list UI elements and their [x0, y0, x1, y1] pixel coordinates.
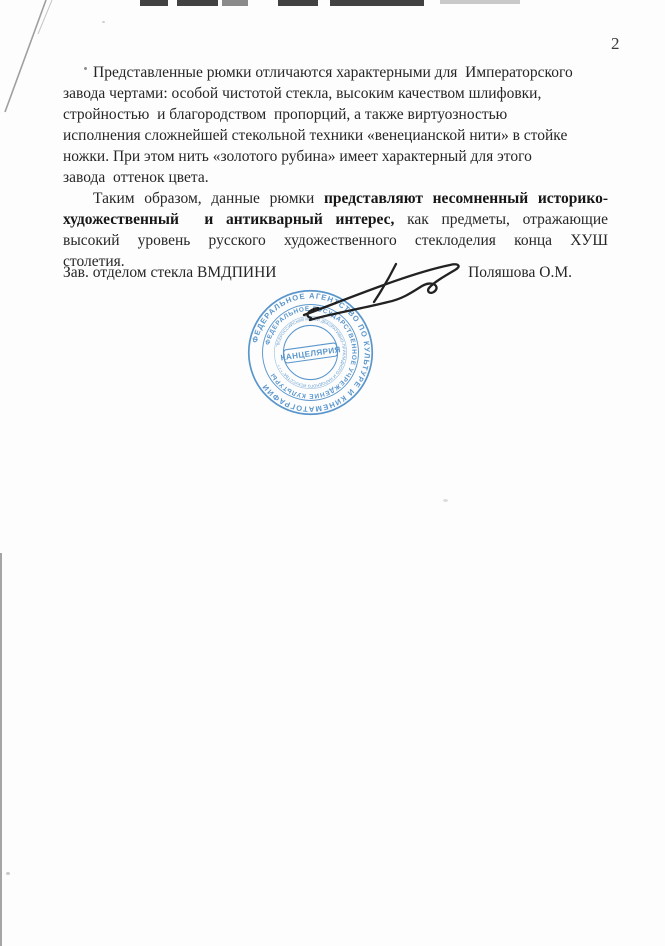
text-segment: ножки. При этом нить «золотого рубина» и…: [63, 148, 532, 165]
bold-text-segment: представляют несомненный историко-: [324, 190, 608, 207]
text-line: завода чертами: особой чистотой стекла, …: [63, 83, 608, 104]
scan-artifact-speck: [102, 21, 105, 23]
text-segment: завода оттенок цвета.: [63, 169, 209, 186]
scan-artifact-crease: [0, 0, 70, 125]
scan-artifact-speck: [6, 872, 10, 875]
document-body: Представленные рюмки отличаются характер…: [63, 62, 608, 272]
text-line: стройностью и благородством пропорций, а…: [63, 104, 608, 125]
text-segment: стройностью и благородством пропорций, а…: [63, 106, 507, 123]
signer-title: Зав. отделом стекла ВМДПИНИ: [63, 264, 277, 282]
scan-artifact-speck: [443, 499, 448, 502]
text-line: исполнения сложнейшей стекольной техники…: [63, 125, 608, 146]
scan-artifact-top-bar: [330, 0, 424, 6]
signature-autograph: [278, 250, 468, 335]
text-segment: исполнения сложнейшей стекольной техники…: [63, 127, 567, 144]
document-page: 2 Представленные рюмки отличаются характ…: [0, 0, 665, 946]
text-segment: как предметы, отражающие: [394, 211, 608, 228]
text-line: художественный и антикварный интерес, ка…: [63, 209, 608, 230]
page-number: 2: [611, 34, 620, 54]
scan-artifact-top-bar: [222, 0, 248, 6]
text-segment: Представленные рюмки отличаются характер…: [93, 64, 573, 81]
signer-name: Поляшова О.М.: [468, 264, 572, 282]
bold-text-segment: художественный и антикварный интерес,: [63, 211, 394, 228]
text-segment: завода чертами: особой чистотой стекла, …: [63, 85, 541, 102]
scan-artifact-top-bar: [177, 0, 218, 6]
text-line: завода оттенок цвета.: [63, 167, 608, 188]
text-line: высокий уровень русского художественного…: [63, 230, 608, 251]
text-segment: Таким образом, данные рюмки: [93, 190, 324, 207]
scan-artifact-top-bar: [140, 0, 168, 6]
scan-artifact-top-bar: [278, 0, 318, 6]
scan-artifact-left-edge: [0, 553, 2, 946]
text-segment: высокий уровень русского художественного…: [63, 232, 608, 249]
text-line: Представленные рюмки отличаются характер…: [63, 62, 608, 83]
text-line: ножки. При этом нить «золотого рубина» и…: [63, 146, 608, 167]
scan-artifact-top-bar: [440, 0, 520, 4]
text-line: Таким образом, данные рюмки представляют…: [63, 188, 608, 209]
